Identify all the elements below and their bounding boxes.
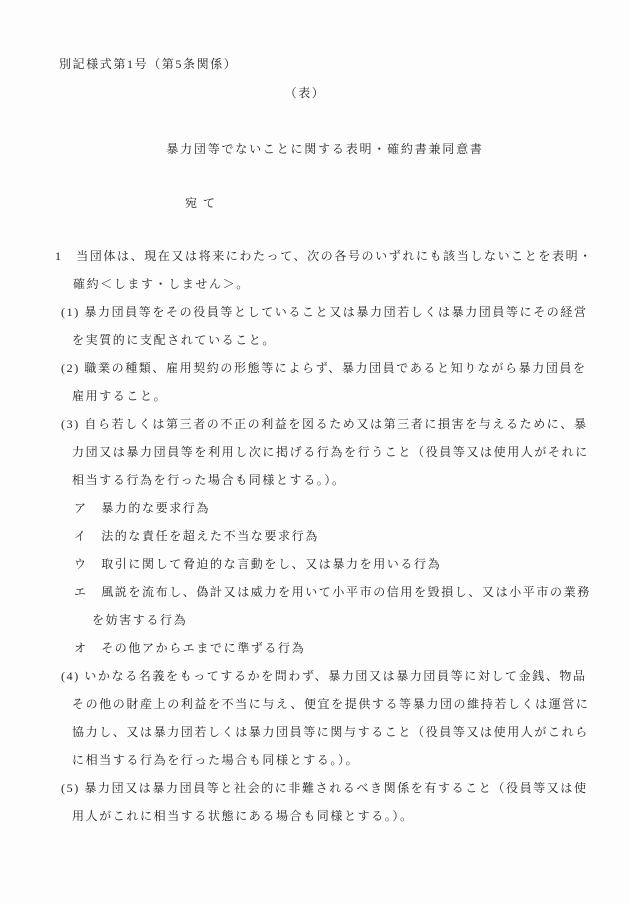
body-line-item-1-cont: を実質的に支配されていること。: [72, 326, 630, 354]
body-line-sub-e-cont: を妨害する行為: [92, 606, 630, 634]
body-line-item-3: (3) 自ら若しくは第三者の不正の利益を図るため又は第三者に損害を与えるために、…: [61, 410, 630, 438]
body-line-item-4-cont-1: その他の財産上の利益を不当に与え、便宜を提供する等暴力団の維持若しくは運営に: [72, 690, 630, 718]
body-line-clause-1: 1 当団体は、現在又は将来にわたって、次の各号のいずれにも該当しないことを表明・: [55, 242, 630, 270]
body-line-item-3-cont-2: 相当する行為を行った場合も同様とする。）。: [72, 466, 630, 494]
body-line-item-5-cont: 用人がこれに相当する状態にある場合も同様とする。）。: [72, 802, 630, 830]
document-page: 別記様式第1号（第5条関係） （表） 暴力団等でないことに関する表明・確約書兼同…: [0, 0, 630, 903]
form-number-label: 別記様式第1号（第5条関係）: [59, 55, 237, 72]
body-line-item-4-cont-3: に相当する行為を行った場合も同様とする。）。: [72, 746, 630, 774]
document-title: 暴力団等でないことに関する表明・確約書兼同意書: [20, 140, 630, 157]
body-line-item-4: (4) いかなる名義をもってするかを問わず、暴力団又は暴力団員等に対して金銭、物…: [61, 662, 630, 690]
body-line-item-3-cont-1: 力団又は暴力団員等を利用し次に掲げる行為を行うこと（役員等又は使用人がそれに: [72, 438, 630, 466]
body-line-item-1: (1) 暴力団員等をその役員等としていること又は暴力団若しくは暴力団員等にその経…: [61, 298, 630, 326]
body-line-sub-e: エ 風説を流布し、偽計又は威力を用いて小平市の信用を毀損し、又は小平市の業務: [74, 578, 630, 606]
body-line-clause-1-cont: 確約＜します・しません＞。: [73, 270, 630, 298]
body-line-sub-o: オ その他アからエまでに準ずる行為: [74, 634, 630, 662]
body-line-item-4-cont-2: 協力し、又は暴力団若しくは暴力団員等に関与すること（役員等又は使用人がこれら: [72, 718, 630, 746]
body-line-sub-i: イ 法的な責任を超えた不当な要求行為: [74, 522, 630, 550]
body-line-item-2-cont: 雇用すること。: [72, 382, 630, 410]
body-line-sub-u: ウ 取引に関して脅迫的な言動をし、又は暴力を用いる行為: [74, 550, 630, 578]
body-line-item-2: (2) 職業の種類、雇用契約の形態等によらず、暴力団員であると知りながら暴力団員…: [61, 354, 630, 382]
page-side-label: （表）: [0, 84, 610, 101]
document-body: 1 当団体は、現在又は将来にわたって、次の各号のいずれにも該当しないことを表明・…: [0, 242, 630, 830]
body-line-item-5: (5) 暴力団又は暴力団員等と社会的に非難されるべき関係を有すること（役員等又は…: [61, 774, 630, 802]
addressee-line: 宛て: [185, 194, 221, 211]
body-line-sub-a: ア 暴力的な要求行為: [74, 494, 630, 522]
